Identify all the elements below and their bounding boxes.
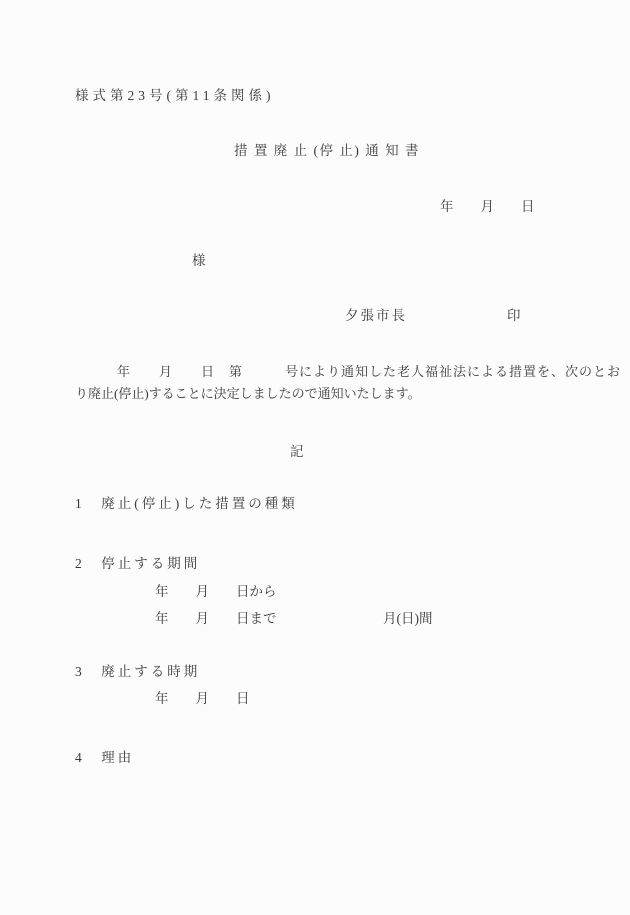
item-3-abolition-time: 3 廃止する時期 xyxy=(75,664,200,680)
issuer-name: 夕張市長 xyxy=(345,308,407,324)
document-title: 措 置 廃 止 (停 止) 通 知 書 xyxy=(234,143,420,159)
item-1-measure-type: 1 廃止(停止)した措置の種類 xyxy=(75,496,298,512)
item-2-period-to: 年 月 日まで xyxy=(155,611,277,627)
form-number: 様式第23号(第11条関係) xyxy=(75,88,275,104)
item-4-reason: 4 理由 xyxy=(75,750,134,766)
item-2-period-duration: 月(日)間 xyxy=(383,611,433,627)
seal-mark: 印 xyxy=(507,308,521,324)
body-paragraph-line-2: り廃止(停止)することに決定しましたので通知いたします。 xyxy=(75,386,421,402)
addressee-suffix: 様 xyxy=(192,253,206,269)
item-3-date: 年 月 日 xyxy=(155,691,250,707)
item-2-period-from: 年 月 日から xyxy=(155,584,277,600)
item-2-suspension-period: 2 停止する期間 xyxy=(75,556,200,572)
issue-date-line: 年 月 日 xyxy=(440,199,535,215)
document-page: 様式第23号(第11条関係) 措 置 廃 止 (停 止) 通 知 書 年 月 日… xyxy=(0,0,630,915)
body-paragraph-line-1: 年 月 日 第 号により通知した老人福祉法による措置を、次のとお xyxy=(75,364,621,380)
ki-heading: 記 xyxy=(290,444,304,460)
